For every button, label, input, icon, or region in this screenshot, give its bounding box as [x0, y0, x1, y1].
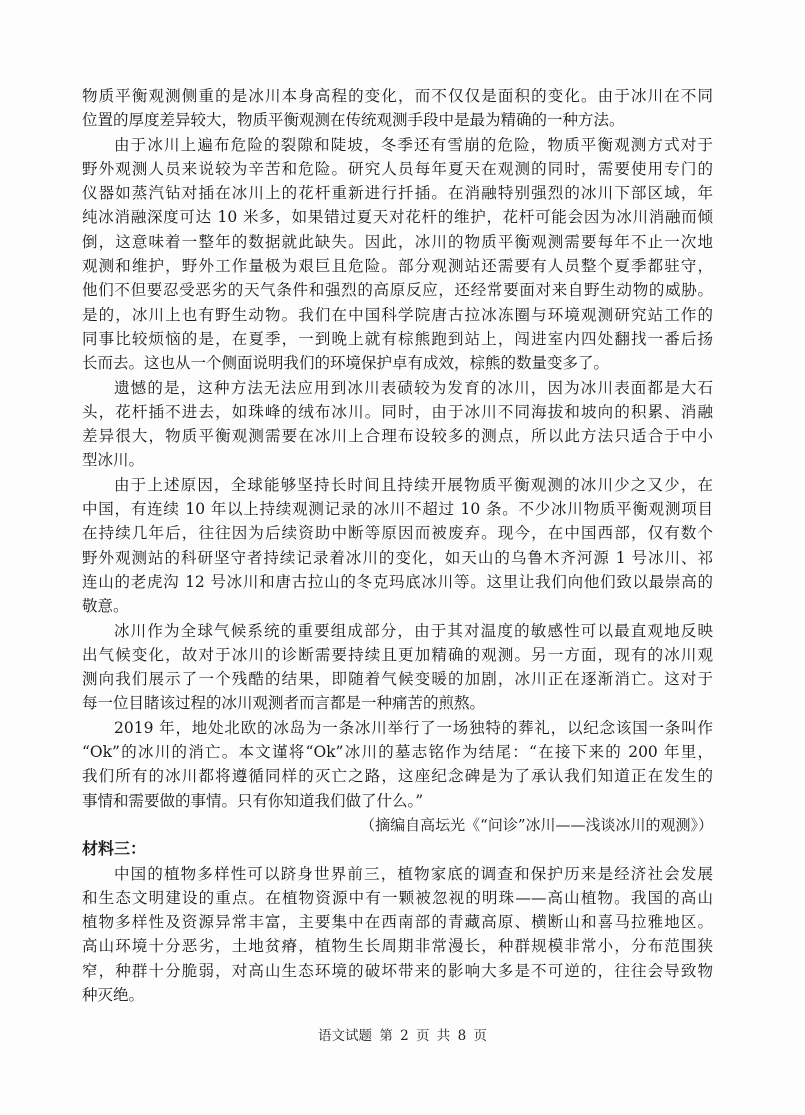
text-line: 窄，种群十分脆弱，对高山生态环境的破坏带来的影响大多是不可逆的，往往会导致物: [82, 959, 713, 983]
text-line: 和生态文明建设的重点。在植物资源中有一颗被忽视的明珠——高山植物。我国的高山: [82, 886, 713, 910]
exam-page: 物质平衡观测侧重的是冰川本身高程的变化，而不仅仅是面积的变化。由于冰川在不同位置…: [0, 0, 805, 1115]
body-text: 物质平衡观测侧重的是冰川本身高程的变化，而不仅仅是面积的变化。由于冰川在不同位置…: [82, 84, 713, 1007]
paragraph-last-line: 长而去。这也从一个侧面说明我们的环境保护卓有成效，棕熊的数量变多了。: [82, 351, 713, 375]
paragraph-last-line: 敬意。: [82, 594, 713, 618]
text-line: 植物多样性及资源异常丰富，主要集中在西南部的青藏高原、横断山和喜马拉雅地区。: [82, 910, 713, 934]
source-citation: （摘编自高坛光《“问诊”冰川——浅谈冰川的观测》）: [82, 813, 713, 837]
paragraph-last-line: 种灭绝。: [82, 983, 713, 1007]
paragraph-first-line: 由于上述原因，全球能够坚持长时间且持续开展物质平衡观测的冰川少之又少，在: [82, 473, 713, 497]
section-heading-material-3: 材料三：: [82, 837, 713, 861]
paragraph-first-line: 由于冰川上遍布危险的裂隙和陡坡，冬季还有雪崩的危险，物质平衡观测方式对于: [82, 133, 713, 157]
text-line: 野外观测站的科研坚守者持续记录着冰川的变化，如天山的乌鲁木齐河源 1 号冰川、祁: [82, 546, 713, 570]
paragraph-first-line: 中国的植物多样性可以跻身世界前三，植物家底的调查和保护历来是经济社会发展: [82, 862, 713, 886]
text-line: 我们所有的冰川都将遵循同样的灭亡之路，这座纪念碑是为了承认我们知道正在发生的: [82, 764, 713, 788]
text-line: 高山环境十分恶劣，土地贫瘠，植物生长周期非常漫长，种群规模非常小，分布范围狭: [82, 934, 713, 958]
paragraph-last-line: 型冰川。: [82, 448, 713, 472]
paragraph-first-line: 冰川作为全球气候系统的重要组成部分，由于其对温度的敏感性可以最直观地反映: [82, 619, 713, 643]
paragraph-last-line: 事情和需要做的事情。只有你知道我们做了什么。”: [82, 789, 713, 813]
paragraph-last-line: 位置的厚度差异较大，物质平衡观测在传统观测手段中是最为精确的一种方法。: [82, 108, 713, 132]
text-line: 头，花杆插不进去，如珠峰的绒布冰川。同时，由于冰川不同海拔和坡向的积累、消融: [82, 400, 713, 424]
text-line: 差异很大，物质平衡观测需要在冰川上合理布设较多的测点，所以此方法只适合于中小: [82, 424, 713, 448]
text-line: 他们不但要忍受恶劣的天气条件和强烈的高原反应，还经常要面对来自野生动物的威胁。: [82, 278, 713, 302]
text-line: 物质平衡观测侧重的是冰川本身高程的变化，而不仅仅是面积的变化。由于冰川在不同: [82, 84, 713, 108]
text-line: “Ok”的冰川的消亡。本文谨将“Ok”冰川的墓志铭作为结尾：“在接下来的 200…: [82, 740, 713, 764]
text-line: 连山的老虎沟 12 号冰川和唐古拉山的冬克玛底冰川等。这里让我们向他们致以最崇高…: [82, 570, 713, 594]
text-line: 出气候变化，故对于冰川的诊断需要持续且更加精确的观测。另一方面，现有的冰川观: [82, 643, 713, 667]
paragraph-last-line: 每一位目睹该过程的冰川观测者而言都是一种痛苦的煎熬。: [82, 691, 713, 715]
text-line: 倒，这意味着一整年的数据就此缺失。因此，冰川的物质平衡观测需要每年不止一次地: [82, 230, 713, 254]
text-line: 同事比较烦恼的是，在夏季，一到晚上就有棕熊跑到站上，闯进室内四处翻找一番后扬: [82, 327, 713, 351]
text-line: 是的，冰川上也有野生动物。我们在中国科学院唐古拉冰冻圈与环境观测研究站工作的: [82, 303, 713, 327]
text-line: 观测和维护，野外工作量极为艰巨且危险。部分观测站还需要有人员整个夏季都驻守，: [82, 254, 713, 278]
paragraph-first-line: 2019 年，地处北欧的冰岛为一条冰川举行了一场独特的葬礼，以纪念该国一条叫作: [82, 716, 713, 740]
text-line: 中国，有连续 10 年以上持续观测记录的冰川不超过 10 条。不少冰川物质平衡观…: [82, 497, 713, 521]
page-footer: 语文试题 第 2 页 共 8 页: [0, 1026, 805, 1046]
text-line: 野外观测人员来说较为辛苦和危险。研究人员每年夏天在观测的同时，需要使用专门的: [82, 157, 713, 181]
text-line: 测向我们展示了一个残酷的结果，即随着气候变暖的加剧，冰川正在逐渐消亡。这对于: [82, 667, 713, 691]
text-line: 在持续几年后，往往因为后续资助中断等原因而被废弃。现今，在中国西部，仅有数个: [82, 521, 713, 545]
text-line: 仪器如蒸汽钻对插在冰川上的花杆重新进行扦插。在消融特别强烈的冰川下部区域，年: [82, 181, 713, 205]
paragraph-first-line: 遗憾的是，这种方法无法应用到冰川表碛较为发育的冰川，因为冰川表面都是大石: [82, 376, 713, 400]
text-line: 纯冰消融深度可达 10 米多，如果错过夏天对花杆的维护，花杆可能会因为冰川消融而…: [82, 205, 713, 229]
